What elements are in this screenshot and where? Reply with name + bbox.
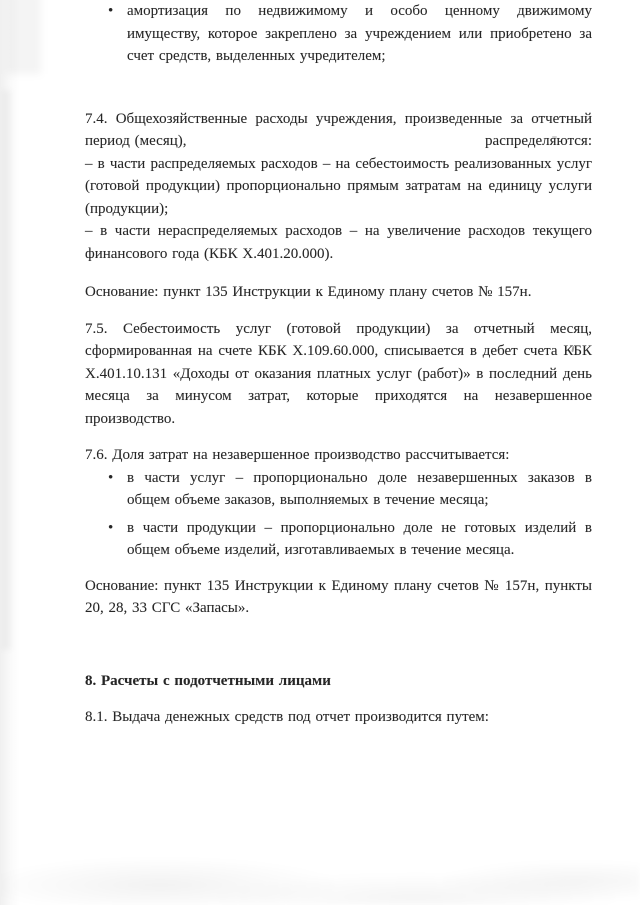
paragraph-7-6-intro: 7.6. Доля затрат на незавершенное произв…: [85, 444, 592, 467]
list-item: • в части продукции – пропорционально до…: [127, 517, 592, 562]
paragraph-7-5: 7.5. Себестоимость услуг (готовой продук…: [85, 318, 592, 431]
paragraph-7-4-line2-right: распределяются:: [485, 130, 592, 153]
paragraph-7-4-dash-item-1: – в части распределяемых расходов – на с…: [85, 153, 592, 221]
document-content: • амортизация по недвижимому и особо цен…: [85, 0, 592, 729]
paragraph-7-4-line2: период (месяц), распределяются:: [85, 130, 592, 153]
list-item: • в части услуг – пропорционально доле н…: [127, 467, 592, 512]
cost-share-bullet-list: • в части услуг – пропорционально доле н…: [85, 467, 592, 562]
paragraph-7-4-line2-left: период (месяц),: [85, 130, 187, 153]
list-item-text: в части продукции – пропорционально доле…: [127, 520, 592, 559]
amortization-bullet-list: • амортизация по недвижимому и особо цен…: [85, 0, 592, 68]
bullet-dot-icon: •: [108, 467, 113, 490]
list-item-text: в части услуг – пропорционально доле нез…: [127, 470, 592, 509]
paragraph-7-4-dash-item-2: – в части нераспределяемых расходов – на…: [85, 220, 592, 265]
bullet-dot-icon: •: [108, 0, 113, 23]
paragraph-7-4-line1: 7.4. Общехозяйственные расходы учреждени…: [85, 108, 592, 131]
scanned-document-page: • амортизация по недвижимому и особо цен…: [0, 0, 640, 905]
top-left-scan-smudge: [7, 0, 41, 74]
list-item-text: амортизация по недвижимому и особо ценно…: [127, 3, 592, 64]
section-8-heading: 8. Расчеты с подотчетными лицами: [85, 670, 592, 693]
bottom-scan-noise: [0, 825, 640, 905]
paragraph-8-1: 8.1. Выдача денежных средств под отчет п…: [85, 706, 592, 729]
list-item: • амортизация по недвижимому и особо цен…: [127, 0, 592, 68]
basis-note-2: Основание: пункт 135 Инструкции к Едином…: [85, 575, 592, 620]
bullet-dot-icon: •: [108, 517, 113, 540]
basis-note-1: Основание: пункт 135 Инструкции к Едином…: [85, 281, 592, 304]
left-edge-scan-streak: [2, 90, 11, 650]
